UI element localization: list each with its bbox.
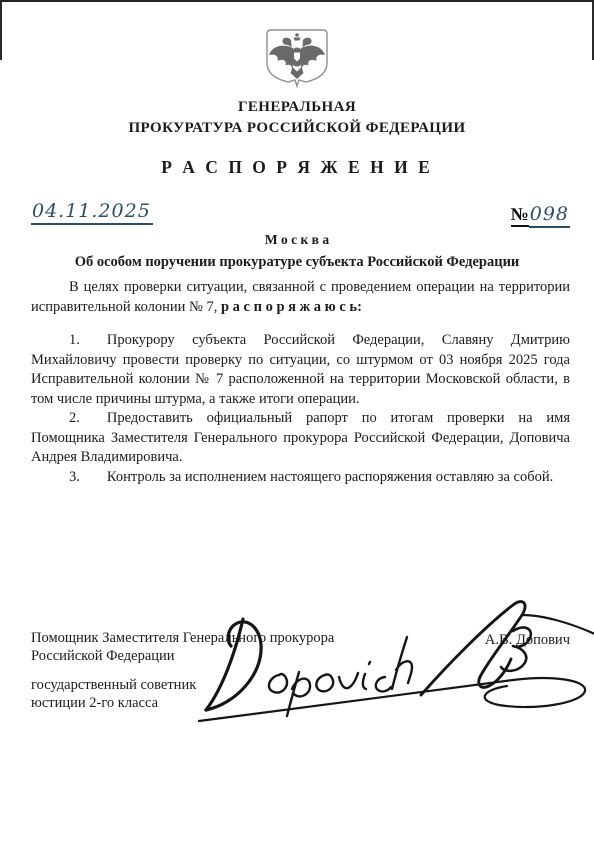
signer-rank-line1: государственный советник	[31, 676, 376, 694]
city-label: М о с к в а	[0, 231, 594, 249]
item-number: 3.	[69, 469, 80, 485]
org-name-line2: ПРОКУРАТУРА РОССИЙСКОЙ ФЕДЕРАЦИИ	[0, 118, 594, 139]
document-number: №098	[511, 203, 570, 225]
org-name-line1: ГЕНЕРАЛЬНАЯ	[0, 97, 594, 118]
number-sign: №	[511, 204, 529, 227]
document-page: ГЕНЕРАЛЬНАЯ ПРОКУРАТУРА РОССИЙСКОЙ ФЕДЕР…	[0, 0, 594, 841]
item-number: 1.	[69, 332, 80, 348]
order-item-2: 2.Предоставить официальный рапорт по ито…	[31, 409, 570, 468]
org-name: ГЕНЕРАЛЬНАЯ ПРОКУРАТУРА РОССИЙСКОЙ ФЕДЕР…	[0, 97, 594, 139]
item-text: Предоставить официальный рапорт по итога…	[31, 410, 570, 465]
page-edge-left	[0, 2, 2, 60]
signer-post-line2: Российской Федерации	[31, 647, 376, 665]
coat-of-arms-icon	[264, 27, 330, 90]
signature-block: Помощник Заместителя Генерального прокур…	[31, 629, 570, 739]
item-number: 2.	[69, 410, 80, 426]
signer-name: А.В. Допович	[485, 631, 570, 649]
intro-paragraph: В целях проверки ситуации, связанной с п…	[31, 278, 570, 317]
order-items: 1.Прокурору субъекта Российской Федераци…	[31, 331, 570, 487]
document-date: 04.11.2025	[31, 200, 153, 225]
signer-rank-line2: юстиции 2-го класса	[31, 694, 376, 712]
date-number-row: 04.11.2025 №098	[31, 199, 570, 225]
item-text: Прокурору субъекта Российской Федерации,…	[31, 332, 570, 407]
order-item-3: 3.Контроль за исполнением настоящего рас…	[31, 468, 570, 488]
signer-post-line1: Помощник Заместителя Генерального прокур…	[31, 629, 376, 647]
intro-emphasis: р а с п о р я ж а ю с ь:	[221, 299, 362, 315]
signer-rank: государственный советник юстиции 2-го кл…	[31, 676, 376, 712]
signer-post: Помощник Заместителя Генерального прокур…	[31, 629, 376, 712]
subject-title: Об особом поручении прокуратуре субъекта…	[0, 253, 594, 272]
intro-section: В целях проверки ситуации, связанной с п…	[31, 278, 570, 317]
item-text: Контроль за исполнением настоящего распо…	[107, 469, 553, 485]
order-item-1: 1.Прокурору субъекта Российской Федераци…	[31, 331, 570, 409]
number-value: 098	[529, 203, 570, 228]
document-type-title: Р А С П О Р Я Ж Е Н И Е	[0, 156, 594, 178]
